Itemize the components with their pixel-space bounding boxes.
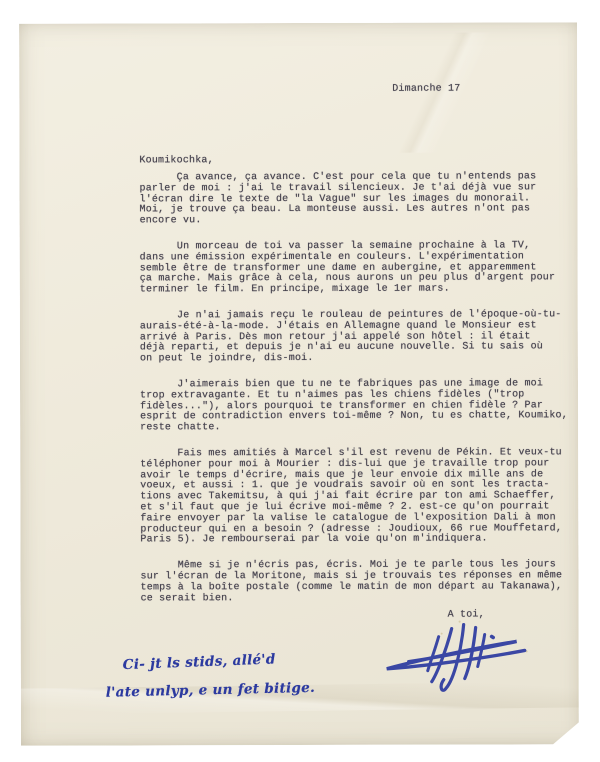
photo-background: { "photo": { "background_color": "#fffff… (0, 0, 600, 762)
paragraph: J'aimerais bien que tu ne te fabriques p… (140, 379, 568, 434)
handwritten-postscript-line1: Ci- jt ls stids, allé'd (122, 651, 275, 673)
paragraph: Un morceau de toi va passer la semaine p… (140, 241, 568, 296)
paper-speck (441, 633, 443, 635)
salutation: Koumikochka, (139, 156, 213, 167)
paragraph: Je n'ai jamais reçu le rouleau de peintu… (140, 310, 568, 365)
paragraph: Même si je n'écris pas, écris. Moi je te… (140, 560, 568, 604)
paper-speck (526, 650, 528, 652)
paragraph: Ça avance, ça avance. C'est pour cela qu… (139, 172, 567, 227)
paragraph: Fais mes amitiés à Marcel s'il est reven… (140, 448, 568, 546)
closing-phrase: A toi, (448, 611, 485, 622)
letter-paper: Dimanche 17 Koumikochka, Ça avance, ça a… (19, 22, 579, 745)
letter-body: Ça avance, ça avance. C'est pour cela qu… (139, 172, 568, 604)
letter-date: Dimanche 17 (392, 85, 460, 96)
